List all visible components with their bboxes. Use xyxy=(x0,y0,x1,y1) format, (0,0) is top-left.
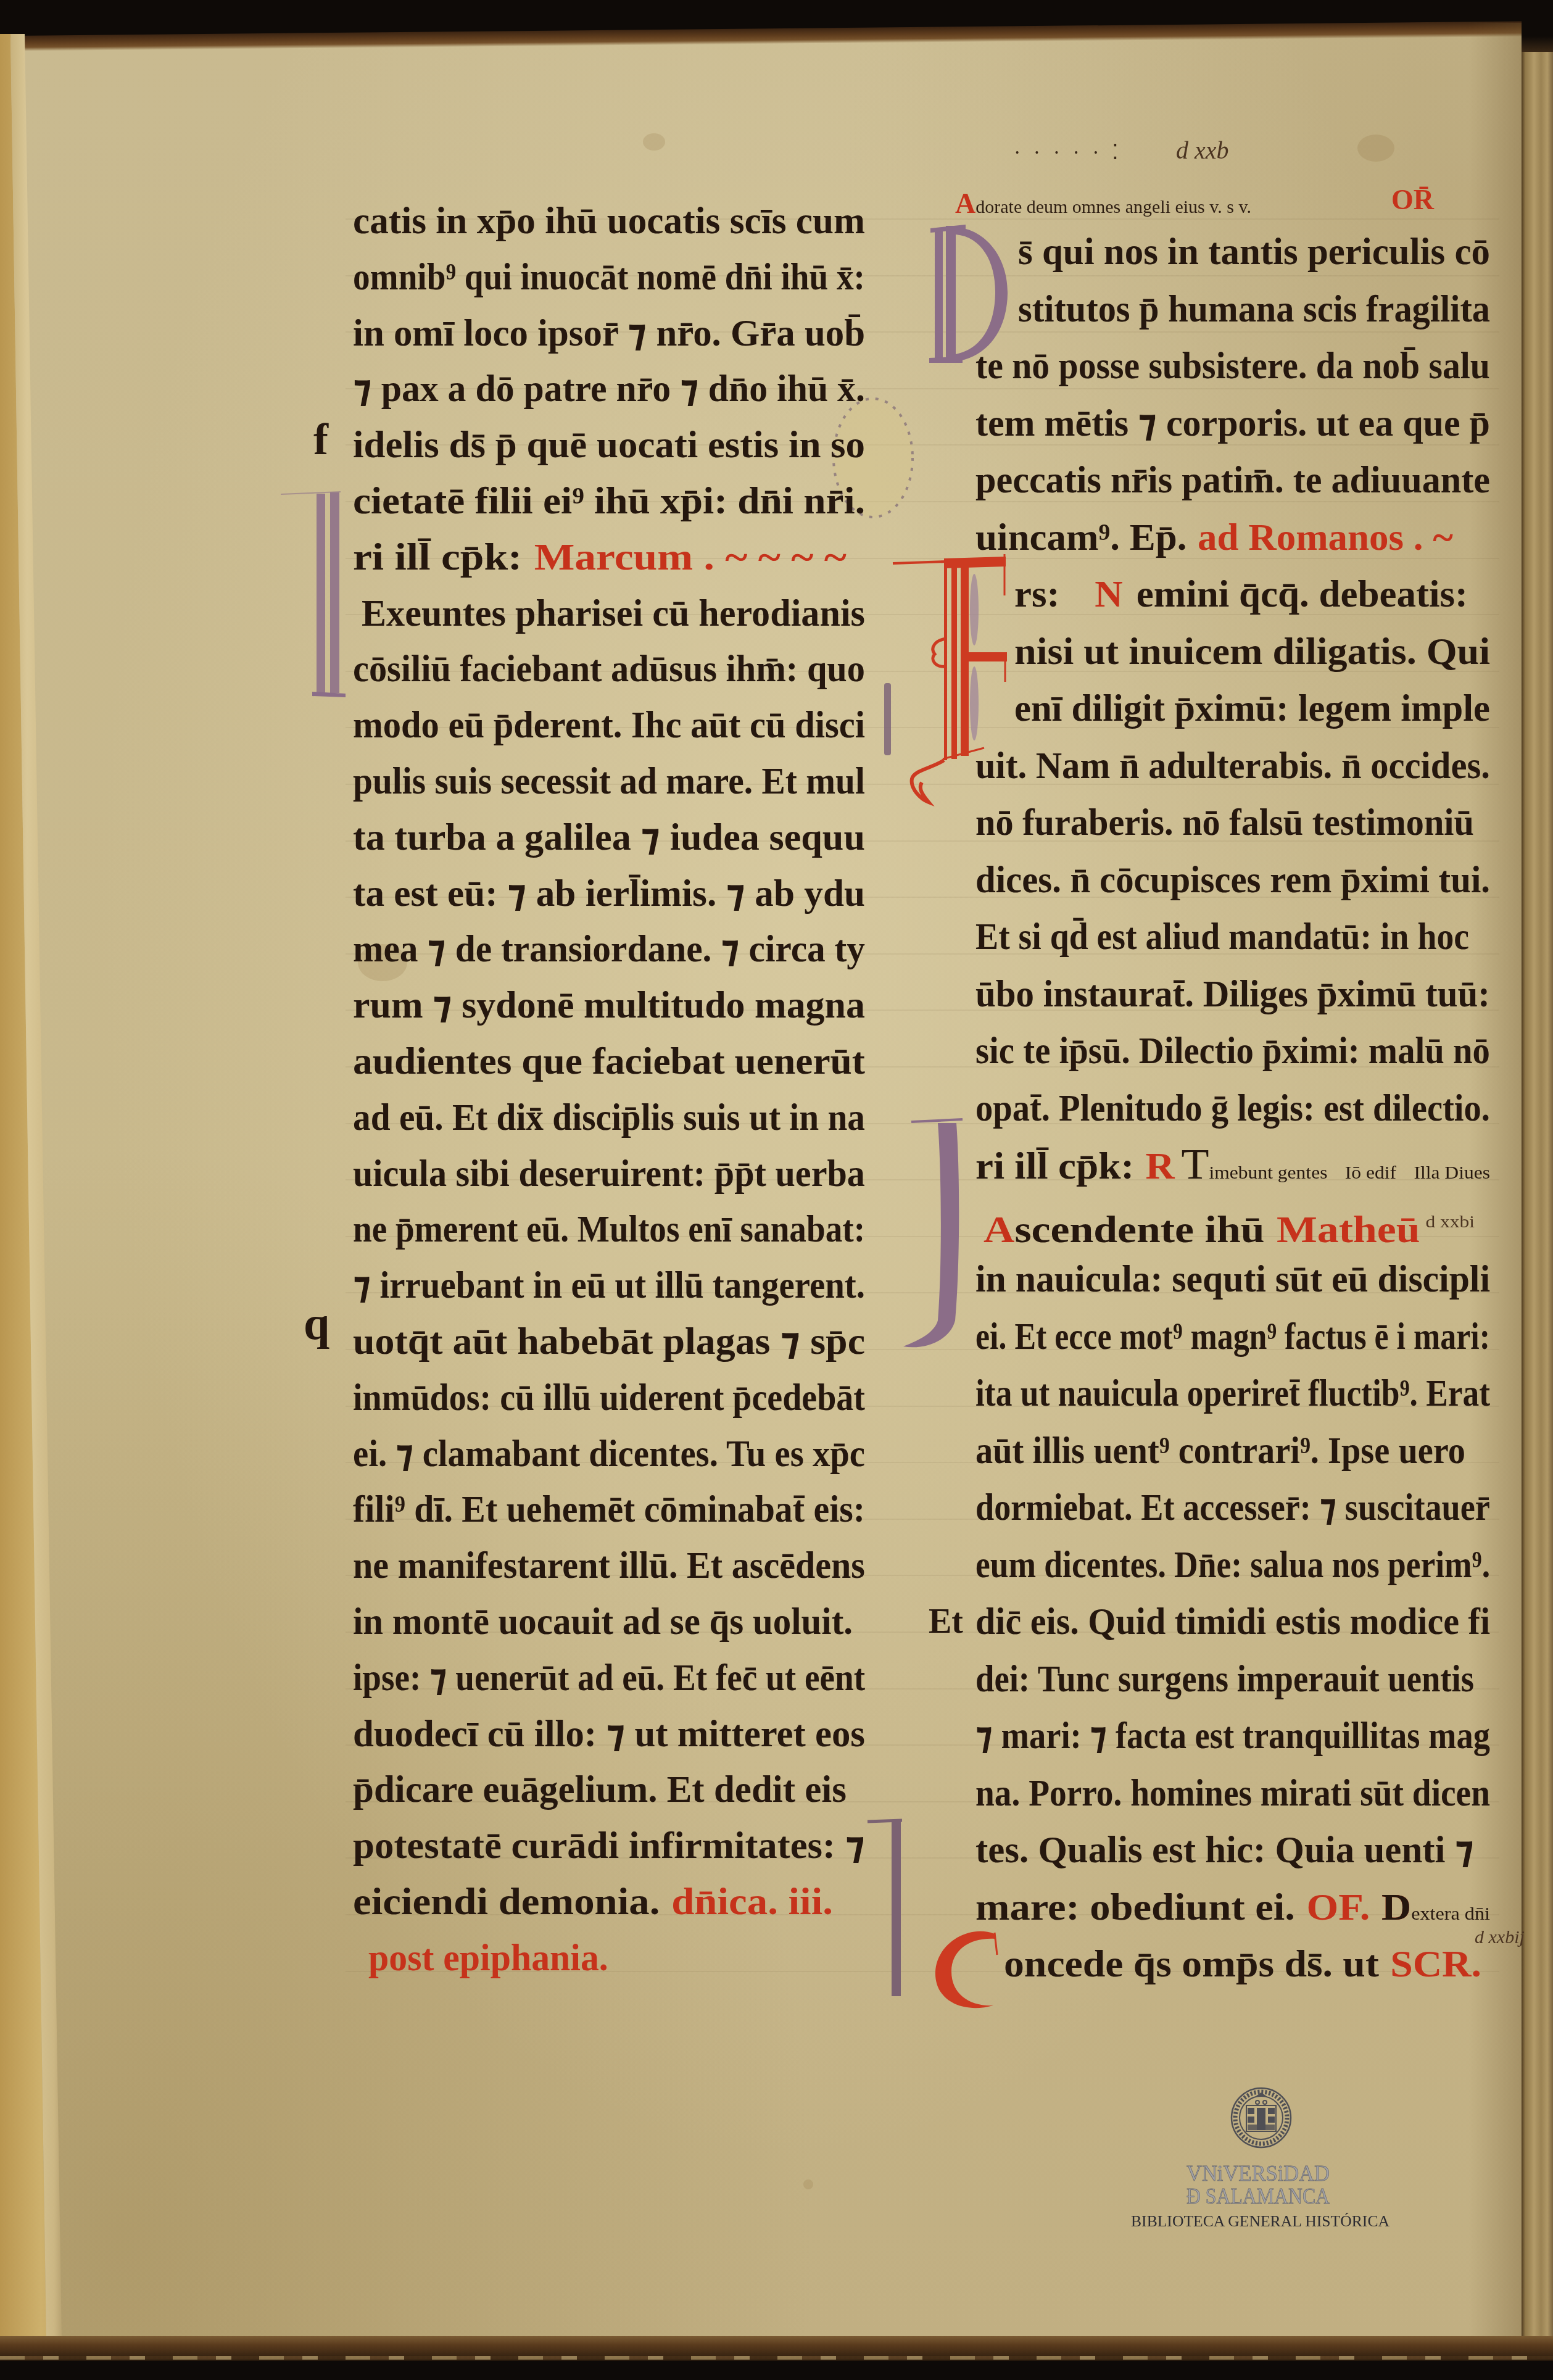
line-text: na. Porro. homines mirati sūt dicen xyxy=(975,1772,1490,1814)
line-text: mare: obediunt ei. xyxy=(975,1886,1295,1928)
line-content: ne p̄merent eū. Multos enī sanabat: xyxy=(353,1201,865,1258)
line-content: ne manifestarent illū. Et ascēdens xyxy=(353,1538,865,1594)
line-text: dices. n̄ cōcupisces rem p̄ximi tui. xyxy=(975,859,1490,901)
line-text: ipse: ⁊ uenerūt ad eū. Et fec̄ ut eēnt xyxy=(353,1657,865,1699)
text-line: ri ill̄ cp̄k:RTimebunt gentesIō edifIlla… xyxy=(975,1137,1490,1194)
line-text: stitutos p̄ humana scis fragilita xyxy=(1018,288,1490,330)
rubric-text: dn̄ica. iii. xyxy=(671,1881,833,1923)
text-line: ei. ⁊ clamabant dicentes. Tu es xp̄c xyxy=(353,1426,865,1482)
neume-notation: · · · · · ⁚ xyxy=(1014,141,1122,165)
line-text: uotq̄t aūt habebāt plagas ⁊ sp̄c xyxy=(353,1321,865,1362)
line-text: dormiebat. Et accesser̄: ⁊ suscitauer̄ xyxy=(975,1486,1490,1528)
line-text: pulis suis secessit ad mare. Et mul xyxy=(353,760,865,802)
line-text: in montē uocauit ad se q̄s uoluit. xyxy=(353,1601,853,1643)
line-content: mare: obediunt ei.OF.Dextera dn̄i xyxy=(975,1879,1490,1943)
right-text-column: s̄ qui nos in tantis periculis cō stitut… xyxy=(975,223,1490,1993)
line-content: fili⁹ dī. Et uehemēt cōminabat̄ eis: xyxy=(353,1482,865,1538)
text-line: audientes que faciebat uenerūt xyxy=(353,1034,865,1090)
text-line: ita ut nauicula operiret̄ fluctib⁹. Erat xyxy=(975,1365,1490,1422)
line-content: Et si qd̄ est aliud mandatū: in hoc xyxy=(975,908,1469,966)
watermark-university-name: VNiVERSiDAD Ð SALAMANCA xyxy=(1186,2162,1330,2208)
line-text: nisi ut inuicem diligatis. Qui xyxy=(1014,631,1490,673)
line-text: eum dicentes. Dn̄e: salua nos perim⁹. xyxy=(975,1544,1490,1586)
line-content: modo eū p̄derent. Ihc aūt cū disci xyxy=(353,697,865,753)
line-content: te nō posse subsistere. da nob̄ salu xyxy=(975,338,1490,395)
line-text: modo eū p̄derent. Ihc aūt cū disci xyxy=(353,704,865,746)
following-pages-shadow xyxy=(1522,0,1553,52)
line-text: omnib⁹ qui inuocāt nomē dn̄i ihū x̄: xyxy=(353,256,865,298)
line-content: na. Porro. homines mirati sūt dicen xyxy=(975,1765,1490,1822)
text-line: pulis suis secessit ad mare. Et mul xyxy=(353,753,865,810)
text-line: rum ⁊ sydonē multitudo magna xyxy=(353,977,865,1034)
line-content: ⁊ irruebant in eū ut illū tangerent. xyxy=(353,1258,865,1314)
line-content: nisi ut inuicem diligatis. Qui xyxy=(1014,623,1490,681)
text-line: dic̄ eis. Quid timidi estis modice fi xyxy=(975,1593,1490,1651)
line-content: catis in xp̄o ihū uocatis scīs cum xyxy=(353,193,865,249)
rubric-initial: R xyxy=(1145,1145,1174,1187)
text-line: ad eū. Et dix̄ discip̄lis suis ut in na xyxy=(353,1090,865,1146)
line-content: uicula sibi deseruirent: p̄p̄t uerba xyxy=(353,1146,865,1202)
line-text: uincam⁹. Ep̄. xyxy=(975,516,1186,558)
line-content: ipse: ⁊ uenerūt ad eū. Et fec̄ ut eēnt xyxy=(353,1650,865,1706)
rubric-text: post epiphania. xyxy=(368,1937,608,1979)
line-text: rs: xyxy=(1014,573,1059,615)
line-text: peccatis nr̄is patim̄. te adiuuante xyxy=(975,459,1490,501)
text-line: aūt illis uent⁹ contrari⁹. Ipse uero xyxy=(975,1422,1490,1480)
line-text: scendente ihū xyxy=(1014,1209,1264,1251)
watermark-line: VNiVERSiDAD xyxy=(1186,2162,1330,2185)
text-line: uit. Nam n̄ adulterabis. n̄ occides. xyxy=(975,737,1490,795)
watermark-text: Ð SALAMANCA xyxy=(1186,2185,1330,2208)
watermark-text: BIBLIOTECA GENERAL HISTÓRICA xyxy=(1131,2213,1389,2231)
line-text: catis in xp̄o ihū uocatis scīs cum xyxy=(353,200,865,242)
text-line: potestatē curādi infirmitates: ⁊ xyxy=(353,1818,865,1874)
line-content: dic̄ eis. Quid timidi estis modice fi xyxy=(975,1593,1490,1651)
text-line: s̄ qui nos in tantis periculis cō xyxy=(975,223,1490,281)
line-text: dei: Tunc surgens imperauit uentis xyxy=(975,1658,1474,1700)
antiphon-initial: A xyxy=(955,188,975,219)
text-line: dices. n̄ cōcupisces rem p̄ximi tui. xyxy=(975,852,1490,909)
line-text: duodecī cū illo: ⁊ ut mitteret eos xyxy=(353,1713,865,1755)
line-text: ita ut nauicula operiret̄ fluctib⁹. Erat xyxy=(975,1372,1490,1414)
line-text: ⁊ pax a dō patre nr̄o ⁊ dn̄o ihū x̄. xyxy=(353,368,865,410)
line-content: ei. Et ecce mot⁹ magn⁹ factus ē i mari: xyxy=(975,1308,1490,1366)
line-text: ri ill̄ cp̄k: xyxy=(353,536,522,578)
line-content: oncede q̄s omp̄s ds̄. utSCR. xyxy=(1004,1936,1481,1993)
line-content: ta turba a galilea ⁊ iudea sequu xyxy=(353,810,865,866)
text-line: cōsiliū faciebant adūsus ihm̄: quo xyxy=(353,641,865,697)
text-line: opat̄. Plenitudo ḡ legis: est dilectio. xyxy=(975,1080,1490,1137)
line-content: cietatē filii ei⁹ ihū xp̄i: dn̄i nr̄i. xyxy=(353,473,865,529)
line-content: tem mētis ⁊ corporis. ut ea que p̄ xyxy=(975,395,1490,452)
line-content: Exeuntes pharisei cū herodianis xyxy=(362,586,865,642)
line-text: ⁊ irruebant in eū ut illū tangerent. xyxy=(353,1264,865,1306)
line-text: s̄ qui nos in tantis periculis cō xyxy=(1018,231,1490,273)
folio-note: d xxbi xyxy=(1425,1213,1475,1232)
antiphon-text: dorate deum omnes angeli eius v. s v. xyxy=(975,197,1251,217)
line-content: ita ut nauicula operiret̄ fluctib⁹. Erat xyxy=(975,1365,1490,1422)
text-line: in nauicula: sequti sūt eū discipli xyxy=(975,1251,1490,1308)
line-text: oncede q̄s omp̄s ds̄. ut xyxy=(1004,1943,1379,1985)
line-text: tes. Qualis est hic: Quia uenti ⁊ xyxy=(975,1829,1474,1871)
line-content: enī diligit p̄ximū: legem imple xyxy=(1014,680,1490,737)
line-text: inmūdos: cū illū uiderent p̄cedebāt xyxy=(353,1377,865,1419)
line-content: Ascendente ihūMatheūd xxbi xyxy=(984,1194,1475,1259)
line-text: fili⁹ dī. Et uehemēt cōminabat̄ eis: xyxy=(353,1488,865,1530)
line-content: dices. n̄ cōcupisces rem p̄ximi tui. xyxy=(975,852,1490,909)
oratio-rubric: OR̄ xyxy=(1391,186,1434,214)
line-text: Exeuntes pharisei cū herodianis xyxy=(362,592,865,634)
chant-incipit: imebunt gentes xyxy=(1209,1163,1328,1183)
antiphon-line: Adorate deum omnes angeli eius v. s v. xyxy=(955,190,1251,221)
line-content: ⁊ mari: ⁊ facta est tranquillitas mag xyxy=(975,1707,1490,1765)
line-text: eiciendi demonia. xyxy=(353,1881,660,1923)
line-content: ri ill̄ cp̄k:Marcum . ~ ~ ~ ~ xyxy=(353,529,847,586)
line-text: ⁊ mari: ⁊ facta est tranquillitas mag xyxy=(975,1715,1490,1757)
line-text: enī diligit p̄ximū: legem imple xyxy=(1014,687,1490,729)
line-text: rum ⁊ sydonē multitudo magna xyxy=(353,984,865,1026)
chant-incipit-3: Illa Diues xyxy=(1414,1163,1490,1183)
text-line: sic te ip̄sū. Dilectio p̄ximi: malū nō xyxy=(975,1022,1490,1080)
text-line: duodecī cū illo: ⁊ ut mitteret eos xyxy=(353,1706,865,1762)
rubric-text: OF. xyxy=(1307,1886,1370,1928)
text-line: Ascendente ihūMatheūd xxbi xyxy=(975,1194,1490,1251)
text-line: fili⁹ dī. Et uehemēt cōminabat̄ eis: xyxy=(353,1482,865,1538)
line-content: uotq̄t aūt habebāt plagas ⁊ sp̄c xyxy=(353,1314,865,1370)
rubric-text: Marcum . ~ ~ ~ ~ xyxy=(534,536,847,578)
line-content: dormiebat. Et accesser̄: ⁊ suscitauer̄ xyxy=(975,1479,1490,1536)
line-content: uincam⁹. Ep̄.ad Romanos . ~ xyxy=(975,509,1453,566)
line-text: sic te ip̄sū. Dilectio p̄ximi: malū nō xyxy=(975,1030,1490,1072)
line-text: dic̄ eis. Quid timidi estis modice fi xyxy=(975,1601,1490,1643)
text-line: modo eū p̄derent. Ihc aūt cū disci xyxy=(353,697,865,753)
line-text: tem mētis ⁊ corporis. ut ea que p̄ xyxy=(975,402,1490,444)
line-text: audientes que faciebat uenerūt xyxy=(353,1040,865,1082)
text-line: nō furaberis. nō falsū testimoniū xyxy=(975,794,1490,852)
line-content: cōsiliū faciebant adūsus ihm̄: quo xyxy=(353,641,865,697)
left-text-column: catis in xp̄o ihū uocatis scīs cum omnib… xyxy=(353,193,865,1986)
text-line: ne p̄merent eū. Multos enī sanabat: xyxy=(353,1201,865,1258)
line-text: ad eū. Et dix̄ discip̄lis suis ut in na xyxy=(353,1097,865,1138)
text-line: mea ⁊ de transiordane. ⁊ circa ty xyxy=(353,921,865,977)
text-line: cietatē filii ei⁹ ihū xp̄i: dn̄i nr̄i. xyxy=(353,473,865,529)
line-content: ta est eū: ⁊ ab ierl̄imis. ⁊ ab ydu xyxy=(353,866,865,922)
line-content: tes. Qualis est hic: Quia uenti ⁊ xyxy=(975,1822,1474,1879)
watermark-text: VNiVERSiDAD xyxy=(1186,2162,1330,2185)
line-text: in nauicula: sequti sūt eū discipli xyxy=(975,1258,1490,1300)
line-content: omnib⁹ qui inuocāt nomē dn̄i ihū x̄: xyxy=(353,249,865,305)
line-content: eiciendi demonia.dn̄ica. iii. xyxy=(353,1874,833,1930)
rubric-text: SCR. xyxy=(1390,1943,1481,1985)
line-content: opat̄. Plenitudo ḡ legis: est dilectio. xyxy=(975,1080,1490,1137)
following-pages-edge xyxy=(1522,0,1553,2380)
text-line: catis in xp̄o ihū uocatis scīs cum xyxy=(353,193,865,249)
line-text: mea ⁊ de transiordane. ⁊ circa ty xyxy=(353,928,865,970)
line-text: p̄dicare euāgelium. Et dedit eis xyxy=(353,1768,847,1810)
line-content: mea ⁊ de transiordane. ⁊ circa ty xyxy=(353,921,865,977)
text-line: te nō posse subsistere. da nob̄ salu xyxy=(975,338,1490,395)
text-line: ne manifestarent illū. Et ascēdens xyxy=(353,1538,865,1594)
text-line: ⁊ irruebant in eū ut illū tangerent. xyxy=(353,1258,865,1314)
text-line: uicula sibi deseruirent: p̄p̄t uerba xyxy=(353,1146,865,1202)
watermark-library-name: BIBLIOTECA GENERAL HISTÓRICA xyxy=(1131,2213,1389,2231)
text-line: post epiphania. xyxy=(353,1930,865,1986)
watermark-line: BIBLIOTECA GENERAL HISTÓRICA xyxy=(1131,2213,1389,2231)
line-content: aūt illis uent⁹ contrari⁹. Ipse uero xyxy=(975,1422,1465,1480)
guide-letter-f: f xyxy=(313,415,328,464)
text-line: ⁊ pax a dō patre nr̄o ⁊ dn̄o ihū x̄. xyxy=(353,361,865,417)
chant-incipit: extera dn̄i xyxy=(1411,1904,1490,1924)
line-text: te nō posse subsistere. da nob̄ salu xyxy=(975,345,1490,387)
text-line: omnib⁹ qui inuocāt nomē dn̄i ihū x̄: xyxy=(353,249,865,305)
text-line: in omī loco ipsor̄ ⁊ nr̄o. Gr̄a uob̄ xyxy=(353,305,865,362)
line-content: idelis ds̄ p̄ quē uocati estis in so xyxy=(353,417,865,473)
line-content: potestatē curādi infirmitates: ⁊ xyxy=(353,1818,865,1874)
text-line: mare: obediunt ei.OF.Dextera dn̄i xyxy=(975,1879,1490,1936)
line-content: ūbo instaurat̄. Diliges p̄ximū tuū: xyxy=(975,966,1490,1023)
line-content: in nauicula: sequti sūt eū discipli xyxy=(975,1251,1490,1308)
text-line: Et si qd̄ est aliud mandatū: in hoc xyxy=(975,908,1490,966)
watermark-line: Ð SALAMANCA xyxy=(1186,2185,1330,2208)
line-text: cietatē filii ei⁹ ihū xp̄i: dn̄i nr̄i. xyxy=(353,480,865,522)
line-text: ri ill̄ cp̄k: xyxy=(975,1145,1134,1187)
text-line: uincam⁹. Ep̄.ad Romanos . ~ xyxy=(975,509,1490,566)
text-line: ⁊ mari: ⁊ facta est tranquillitas mag xyxy=(975,1707,1490,1765)
text-line: tes. Qualis est hic: Quia uenti ⁊ xyxy=(975,1822,1490,1879)
text-line: ipse: ⁊ uenerūt ad eū. Et fec̄ ut eēnt xyxy=(353,1650,865,1706)
line-content: peccatis nr̄is patim̄. te adiuuante xyxy=(975,452,1490,509)
line-content: rs:Nemini q̄cq̄. debeatis: xyxy=(1014,566,1468,623)
line-text: ta turba a galilea ⁊ iudea sequu xyxy=(353,816,865,858)
line-text: uit. Nam n̄ adulterabis. n̄ occides. xyxy=(975,745,1490,787)
line-content: eum dicentes. Dn̄e: salua nos perim⁹. xyxy=(975,1536,1490,1594)
text-line: eum dicentes. Dn̄e: salua nos perim⁹. xyxy=(975,1536,1490,1594)
line-text: ta est eū: ⁊ ab ierl̄imis. ⁊ ab ydu xyxy=(353,873,865,914)
text-line: nisi ut inuicem diligatis. Qui xyxy=(975,623,1490,681)
text-line: ta est eū: ⁊ ab ierl̄imis. ⁊ ab ydu xyxy=(353,866,865,922)
line-text: ei. ⁊ clamabant dicentes. Tu es xp̄c xyxy=(353,1433,865,1475)
line-content: duodecī cū illo: ⁊ ut mitteret eos xyxy=(353,1706,865,1762)
line-content: stitutos p̄ humana scis fragilita xyxy=(1018,281,1490,338)
line-content: in omī loco ipsor̄ ⁊ nr̄o. Gr̄a uob̄ xyxy=(353,305,865,362)
line-text: Et si qd̄ est aliud mandatū: in hoc xyxy=(975,916,1469,958)
scan-background xyxy=(0,2361,1553,2380)
line-text: potestatē curādi infirmitates: ⁊ xyxy=(353,1825,865,1867)
line-content: inmūdos: cū illū uiderent p̄cedebāt xyxy=(353,1370,865,1426)
line-content: ri ill̄ cp̄k:RTimebunt gentesIō edifIlla… xyxy=(975,1137,1490,1202)
text-line: in montē uocauit ad se q̄s uoluit. xyxy=(353,1594,865,1650)
chant-initial: D xyxy=(1381,1886,1411,1928)
text-line: inmūdos: cū illū uiderent p̄cedebāt xyxy=(353,1370,865,1426)
rubric-initial: N xyxy=(1095,573,1123,615)
line-text: uicula sibi deseruirent: p̄p̄t uerba xyxy=(353,1153,865,1195)
line-content: audientes que faciebat uenerūt xyxy=(353,1034,865,1090)
line-content: rum ⁊ sydonē multitudo magna xyxy=(353,977,865,1034)
line-text: opat̄. Plenitudo ḡ legis: est dilectio. xyxy=(975,1087,1490,1129)
text-line: dormiebat. Et accesser̄: ⁊ suscitauer̄ xyxy=(975,1479,1490,1536)
line-text: ne manifestarent illū. Et ascēdens xyxy=(353,1545,865,1586)
text-line: idelis ds̄ p̄ quē uocati estis in so xyxy=(353,417,865,473)
rubric-text: Matheū xyxy=(1277,1209,1420,1251)
line-content: uit. Nam n̄ adulterabis. n̄ occides. xyxy=(975,737,1490,795)
line-text: ne p̄merent eū. Multos enī sanabat: xyxy=(353,1208,865,1250)
text-line: enī diligit p̄ximū: legem imple xyxy=(975,680,1490,737)
line-text: cōsiliū faciebant adūsus ihm̄: quo xyxy=(353,648,865,690)
line-content: s̄ qui nos in tantis periculis cō xyxy=(1018,223,1490,281)
chant-incipit-2: Iō edif xyxy=(1345,1163,1396,1183)
line-content: dei: Tunc surgens imperauit uentis xyxy=(975,1651,1474,1708)
line-text: in omī loco ipsor̄ ⁊ nr̄o. Gr̄a uob̄ xyxy=(353,312,865,354)
line-content: nō furaberis. nō falsū testimoniū xyxy=(975,794,1474,852)
text-line: p̄dicare euāgelium. Et dedit eis xyxy=(353,1762,865,1818)
text-line: Exeuntes pharisei cū herodianis xyxy=(353,586,865,642)
text-line: peccatis nr̄is patim̄. te adiuuante xyxy=(975,452,1490,509)
line-content: post epiphania. xyxy=(368,1930,608,1986)
text-line: na. Porro. homines mirati sūt dicen xyxy=(975,1765,1490,1822)
text-line: eiciendi demonia.dn̄ica. iii. xyxy=(353,1874,865,1930)
line-content: ad eū. Et dix̄ discip̄lis suis ut in na xyxy=(353,1090,865,1146)
line-text: idelis ds̄ p̄ quē uocati estis in so xyxy=(353,424,865,466)
text-line: ūbo instaurat̄. Diliges p̄ximū tuū: xyxy=(975,966,1490,1023)
text-line: rs:Nemini q̄cq̄. debeatis: xyxy=(975,566,1490,623)
line-text-2: emini q̄cq̄. debeatis: xyxy=(1137,573,1468,615)
chant-initial: T xyxy=(1182,1141,1209,1188)
rubric-initial: A xyxy=(984,1209,1014,1251)
text-line: oncede q̄s omp̄s ds̄. utSCR. xyxy=(975,1936,1490,1993)
line-content: p̄dicare euāgelium. Et dedit eis xyxy=(353,1762,847,1818)
line-content: pulis suis secessit ad mare. Et mul xyxy=(353,753,865,810)
guide-letter-q: q xyxy=(304,1299,329,1348)
text-line: ta turba a galilea ⁊ iudea sequu xyxy=(353,810,865,866)
text-line: dei: Tunc surgens imperauit uentis xyxy=(975,1651,1490,1708)
line-content: in montē uocauit ad se q̄s uoluit. xyxy=(353,1594,853,1650)
line-text: nō furaberis. nō falsū testimoniū xyxy=(975,802,1474,844)
page-bottom-fray xyxy=(0,2356,1553,2360)
line-text: aūt illis uent⁹ contrari⁹. Ipse uero xyxy=(975,1430,1465,1472)
text-line: ri ill̄ cp̄k:Marcum . ~ ~ ~ ~ xyxy=(353,529,865,586)
text-line: uotq̄t aūt habebāt plagas ⁊ sp̄c xyxy=(353,1314,865,1370)
rubric-text: ad Romanos . ~ xyxy=(1198,516,1453,558)
guide-letter-et: Et xyxy=(929,1593,963,1651)
text-line: ei. Et ecce mot⁹ magn⁹ factus ē i mari: xyxy=(975,1308,1490,1366)
text-line: stitutos p̄ humana scis fragilita xyxy=(975,281,1490,338)
line-content: ⁊ pax a dō patre nr̄o ⁊ dn̄o ihū x̄. xyxy=(353,361,865,417)
line-text: ei. Et ecce mot⁹ magn⁹ factus ē i mari: xyxy=(975,1316,1490,1358)
folio-note: d xxb xyxy=(1176,137,1229,164)
line-text: ūbo instaurat̄. Diliges p̄ximū tuū: xyxy=(975,973,1490,1015)
text-line: tem mētis ⁊ corporis. ut ea que p̄ xyxy=(975,395,1490,452)
line-content: ei. ⁊ clamabant dicentes. Tu es xp̄c xyxy=(353,1426,865,1482)
line-content: sic te ip̄sū. Dilectio p̄ximi: malū nō xyxy=(975,1022,1490,1080)
